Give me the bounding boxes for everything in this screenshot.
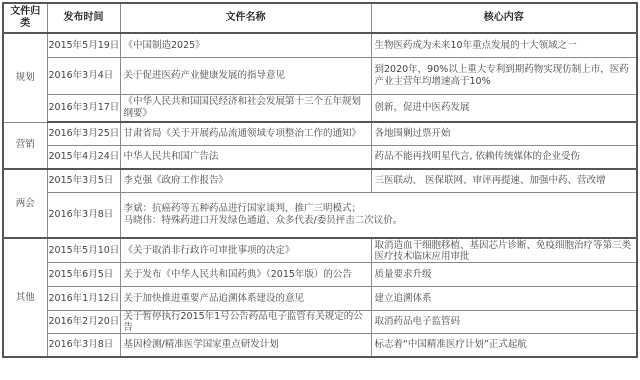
name-cell: 《中华人民共和国国民经济和社会发展第十三个五年规划纲要》: [120, 95, 371, 123]
header-row: 文件归类 发布时间 文件名称 核心内容: [3, 3, 637, 33]
category-cell: 营销: [3, 122, 47, 169]
date-cell: 2016年2月20日: [47, 311, 120, 334]
table-row: 2016年3月8日 基因检测/精准医学国家重点研发计划 标志着“中国精准医疗计划…: [3, 334, 637, 358]
date-cell: 2015年6月5日: [47, 263, 120, 287]
table-row: 两会 2015年3月5日 李克强《政府工作报告》 三医联动、 医保联网、审评再提…: [3, 169, 637, 193]
core-cell: 到2020年，90%以上重大专利到期药物实现仿制上市，医药产业主营年均增速高于1…: [371, 58, 637, 95]
name-cell: 《中国制造2025》: [120, 33, 371, 58]
header-name: 文件名称: [120, 3, 371, 33]
core-cell: 取消药品电子监管码: [371, 311, 637, 334]
table-row: 2016年3月17日 《中华人民共和国国民经济和社会发展第十三个五年规划纲要》 …: [3, 95, 637, 123]
core-cell: 标志着“中国精准医疗计划”正式起航: [371, 334, 637, 358]
core-cell: 药品不能再找明星代言, 依赖传统媒体的企业受伤: [371, 146, 637, 170]
merged-name-core-cell: 李斌：抗癌药等五种药品进行国家谈判，推广三明模式； 马晓伟：特殊药进口开发绿色通…: [120, 193, 637, 239]
date-cell: 2016年3月8日: [47, 193, 120, 239]
header-core: 核心内容: [371, 3, 637, 33]
date-cell: 2015年4月24日: [47, 146, 120, 170]
date-cell: 2016年1月12日: [47, 287, 120, 311]
table-row: 营销 2016年3月25日 甘肃省局《关于开展药品流通领域专项整治工作的通知》 …: [3, 122, 637, 146]
core-cell: 创新，促进中医药发展: [371, 95, 637, 123]
core-cell: 各地围剿过票开始: [371, 122, 637, 146]
category-cell: 两会: [3, 169, 47, 238]
core-cell: 建立追溯体系: [371, 287, 637, 311]
header-date: 发布时间: [47, 3, 120, 33]
name-cell: 关于促进医药产业健康发展的指导意见: [120, 58, 371, 95]
name-cell: 李克强《政府工作报告》: [120, 169, 371, 193]
table-row: 其他 2015年5月10日 《关于取消非行政许可审批事项的决定》 取消造血干细胞…: [3, 238, 637, 263]
date-cell: 2016年3月8日: [47, 334, 120, 358]
table-row: 2016年2月20日 关于暂停执行2015年1号公告药品电子监管有关规定的公告 …: [3, 311, 637, 334]
table-row: 2016年3月8日 李斌：抗癌药等五种药品进行国家谈判，推广三明模式； 马晓伟：…: [3, 193, 637, 239]
table-row: 2016年3月4日 关于促进医药产业健康发展的指导意见 到2020年，90%以上…: [3, 58, 637, 95]
date-cell: 2015年5月19日: [47, 33, 120, 58]
table-row: 2015年4月24日 中华人民共和国广告法 药品不能再找明星代言, 依赖传统媒体…: [3, 146, 637, 170]
core-cell: 质量要求升级: [371, 263, 637, 287]
name-cell: 中华人民共和国广告法: [120, 146, 371, 170]
policy-document-table: 文件归类 发布时间 文件名称 核心内容 规划 2015年5月19日 《中国制造2…: [2, 2, 638, 358]
name-cell: 关于发布《中华人民共和国药典》（2015年版）的公告: [120, 263, 371, 287]
name-cell: 关于加快推进重要产品追溯体系建设的意见: [120, 287, 371, 311]
core-cell: 三医联动、 医保联网、审评再提速、加强中药、营改增: [371, 169, 637, 193]
date-cell: 2016年3月25日: [47, 122, 120, 146]
category-cell: 其他: [3, 238, 47, 357]
table-row: 2015年6月5日 关于发布《中华人民共和国药典》（2015年版）的公告 质量要…: [3, 263, 637, 287]
table-row: 2016年1月12日 关于加快推进重要产品追溯体系建设的意见 建立追溯体系: [3, 287, 637, 311]
date-cell: 2016年3月4日: [47, 58, 120, 95]
name-cell: 基因检测/精准医学国家重点研发计划: [120, 334, 371, 358]
core-cell: 生物医药成为未来10年重点发展的十大领域之一: [371, 33, 637, 58]
merged-line-1: 李斌：抗癌药等五种药品进行国家谈判，推广三明模式；: [124, 203, 634, 215]
date-cell: 2016年3月17日: [47, 95, 120, 123]
header-category: 文件归类: [3, 3, 47, 33]
date-cell: 2015年3月5日: [47, 169, 120, 193]
name-cell: 《关于取消非行政许可审批事项的决定》: [120, 238, 371, 263]
core-cell: 取消造血干细胞移植、基因芯片诊断、免疫细胞治疗等第三类医疗技术临床应用审批: [371, 238, 637, 263]
date-cell: 2015年5月10日: [47, 238, 120, 263]
name-cell: 甘肃省局《关于开展药品流通领域专项整治工作的通知》: [120, 122, 371, 146]
table-row: 规划 2015年5月19日 《中国制造2025》 生物医药成为未来10年重点发展…: [3, 33, 637, 58]
category-cell: 规划: [3, 33, 47, 122]
merged-line-2: 马晓伟：特殊药进口开发绿色通道、众多代表/委员抨击二次议价。: [124, 215, 634, 227]
name-cell: 关于暂停执行2015年1号公告药品电子监管有关规定的公告: [120, 311, 371, 334]
